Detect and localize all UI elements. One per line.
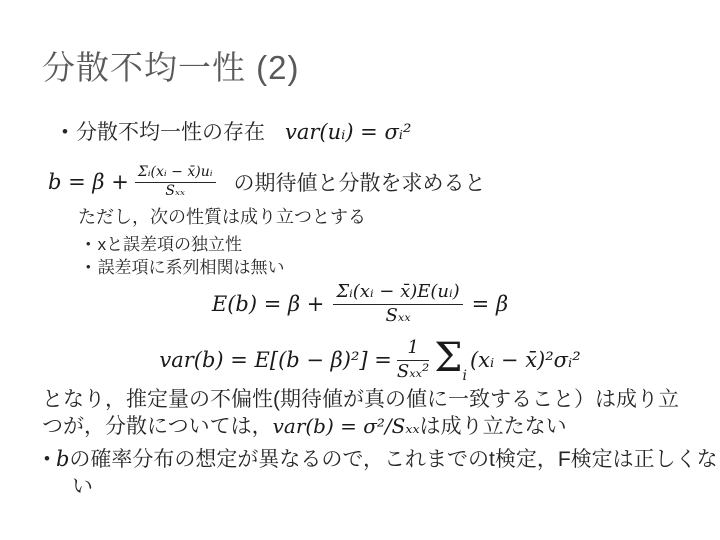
bullet-icon: • [44, 449, 50, 468]
note-assumptions: ただし，次の性質は成り立つとする [78, 203, 366, 229]
numerator: Σᵢ(xᵢ − x̄)E(uᵢ) [333, 281, 462, 305]
sigma-glyph: Σ [434, 335, 462, 381]
formula-variance-of-b: var(b) = E[(b − β)²] = 1 Sₓₓ² Σi (xᵢ − x… [20, 331, 720, 389]
formula-caption: の期待値と分散を求めると [234, 167, 486, 197]
fraction: Σᵢ(xᵢ − x̄)E(uᵢ) Sₓₓ [333, 281, 462, 327]
numerator: Σᵢ(xᵢ − x̄)uᵢ [135, 164, 216, 183]
slide: 分散不均一性 (2) •分散不均一性の存在var(uᵢ) = σᵢ² b = β… [0, 0, 720, 540]
bullet-icon: • [86, 259, 91, 274]
fraction: 1 Sₓₓ² [397, 337, 429, 383]
formula-lhs: E(b) = β + [212, 292, 325, 316]
sub-bullet-no-serial-correlation: •誤差項に系列相関は無い [86, 253, 285, 278]
bullet-text: の確率分布の想定が異なるので，これまでのt検定，F検定は正しくない [69, 448, 717, 498]
fraction: Σᵢ(xᵢ − x̄)uᵢ Sₓₓ [135, 164, 216, 200]
formula-b-decomposition: b = β + Σᵢ(xᵢ − x̄)uᵢ Sₓₓ の期待値と分散を求めると [48, 157, 486, 207]
bullet-math-b: b [56, 447, 69, 471]
bullet-heteroskedasticity-existence: •分散不均一性の存在var(uᵢ) = σᵢ² [62, 116, 411, 146]
bullet-icon: • [62, 122, 68, 141]
formula-lhs: b = β + [48, 170, 129, 194]
variance-definition-formula: var(uᵢ) = σᵢ² [285, 120, 411, 144]
denominator: Sₓₓ² [397, 361, 429, 384]
conclusion-text-post: は成り立たない [420, 415, 567, 438]
bullet-t-f-tests-invalid: •bの確率分布の想定が異なるので，これまでのt検定，F検定は正しくない [44, 445, 720, 500]
summation-sigma-icon: Σi [434, 338, 467, 383]
denominator: Sₓₓ [135, 183, 216, 201]
formula-rhs: (xᵢ − x̄)²σᵢ² [470, 348, 581, 372]
bullet-text: 分散不均一性の存在 [76, 121, 265, 144]
formula-lhs: var(b) = E[(b − β)²] = [159, 348, 392, 372]
sub-bullet-x-independence: •xと誤差項の独立性 [86, 230, 242, 255]
page-title: 分散不均一性 (2) [42, 42, 300, 89]
sub-bullet-text: xと誤差項の独立性 [98, 235, 243, 254]
numerator: 1 [397, 337, 429, 361]
sub-bullet-text: 誤差項に系列相関は無い [98, 258, 285, 277]
denominator: Sₓₓ [333, 305, 462, 328]
formula-expectation-of-b: E(b) = β + Σᵢ(xᵢ − x̄)E(uᵢ) Sₓₓ = β [0, 277, 720, 331]
formula-rhs: = β [472, 292, 508, 316]
paragraph-conclusion: となり，推定量の不偏性(期待値が真の値に一致すること）は成り立つが，分散について… [42, 387, 692, 440]
summation-index: i [463, 368, 467, 384]
conclusion-inline-formula: var(b) = σ²/Sₓₓ [273, 414, 420, 438]
bullet-icon: • [86, 236, 91, 251]
